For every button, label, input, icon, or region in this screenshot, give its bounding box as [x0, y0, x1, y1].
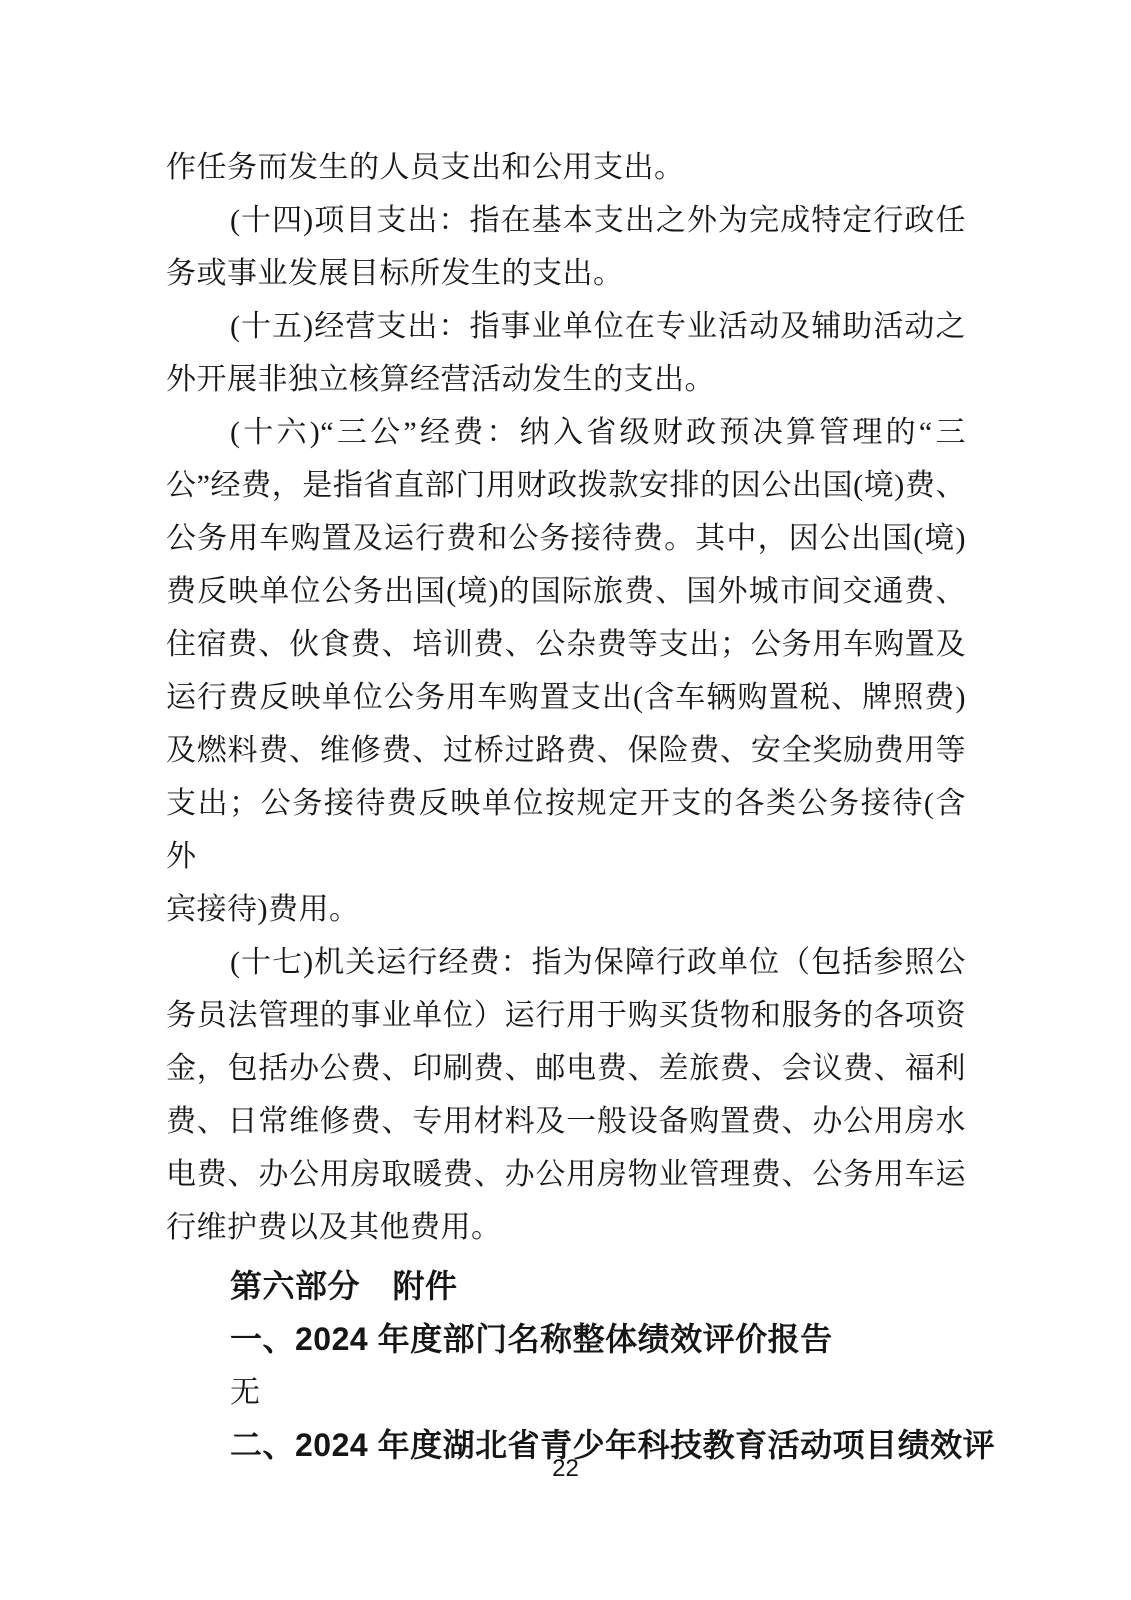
text-line: 无 — [166, 1366, 966, 1419]
document-page: 作任务而发生的人员支出和公用支出。(十四)项目支出：指在基本支出之外为完成特定行… — [0, 0, 1131, 1600]
text-line: 住宿费、伙食费、培训费、公杂费等支出；公务用车购置及 — [166, 618, 966, 671]
text-line: 务员法管理的事业单位）运行用于购买货物和服务的各项资 — [166, 989, 966, 1042]
text-line: 务或事业发展目标所发生的支出。 — [166, 247, 966, 300]
text-line: 支出；公务接待费反映单位按规定开支的各类公务接待(含外 — [166, 777, 966, 883]
text-line: 行维护费以及其他费用。 — [166, 1201, 966, 1254]
text-line: 作任务而发生的人员支出和公用支出。 — [166, 141, 966, 194]
text-line: (十五)经营支出：指事业单位在专业活动及辅助活动之 — [166, 300, 966, 353]
text-line: 运行费反映单位公务用车购置支出(含车辆购置税、牌照费) — [166, 671, 966, 724]
text-line: 电费、办公用房取暖费、办公用房物业管理费、公务用车运 — [166, 1148, 966, 1201]
text-line: (十六)“三公”经费：纳入省级财政预决算管理的“三 — [166, 406, 966, 459]
document-lines: 作任务而发生的人员支出和公用支出。(十四)项目支出：指在基本支出之外为完成特定行… — [166, 141, 966, 1472]
text-line: (十七)机关运行经费：指为保障行政单位（包括参照公 — [166, 936, 966, 989]
text-line: 费、日常维修费、专用材料及一般设备购置费、办公用房水 — [166, 1095, 966, 1148]
text-line: (十四)项目支出：指在基本支出之外为完成特定行政任 — [166, 194, 966, 247]
text-line: 外开展非独立核算经营活动发生的支出。 — [166, 353, 966, 406]
page-number: 22 — [0, 1455, 1131, 1483]
text-line: 费反映单位公务出国(境)的国际旅费、国外城市间交通费、 — [166, 565, 966, 618]
text-line: 一、2024 年度部门名称整体绩效评价报告 — [166, 1313, 966, 1366]
text-line: 公务用车购置及运行费和公务接待费。其中，因公出国(境) — [166, 512, 966, 565]
text-line: 第六部分 附件 — [166, 1260, 966, 1313]
text-line: 公”经费，是指省直部门用财政拨款安排的因公出国(境)费、 — [166, 459, 966, 512]
text-line: 及燃料费、维修费、过桥过路费、保险费、安全奖励费用等 — [166, 724, 966, 777]
text-line: 金，包括办公费、印刷费、邮电费、差旅费、会议费、福利 — [166, 1042, 966, 1095]
text-line: 宾接待)费用。 — [166, 883, 966, 936]
